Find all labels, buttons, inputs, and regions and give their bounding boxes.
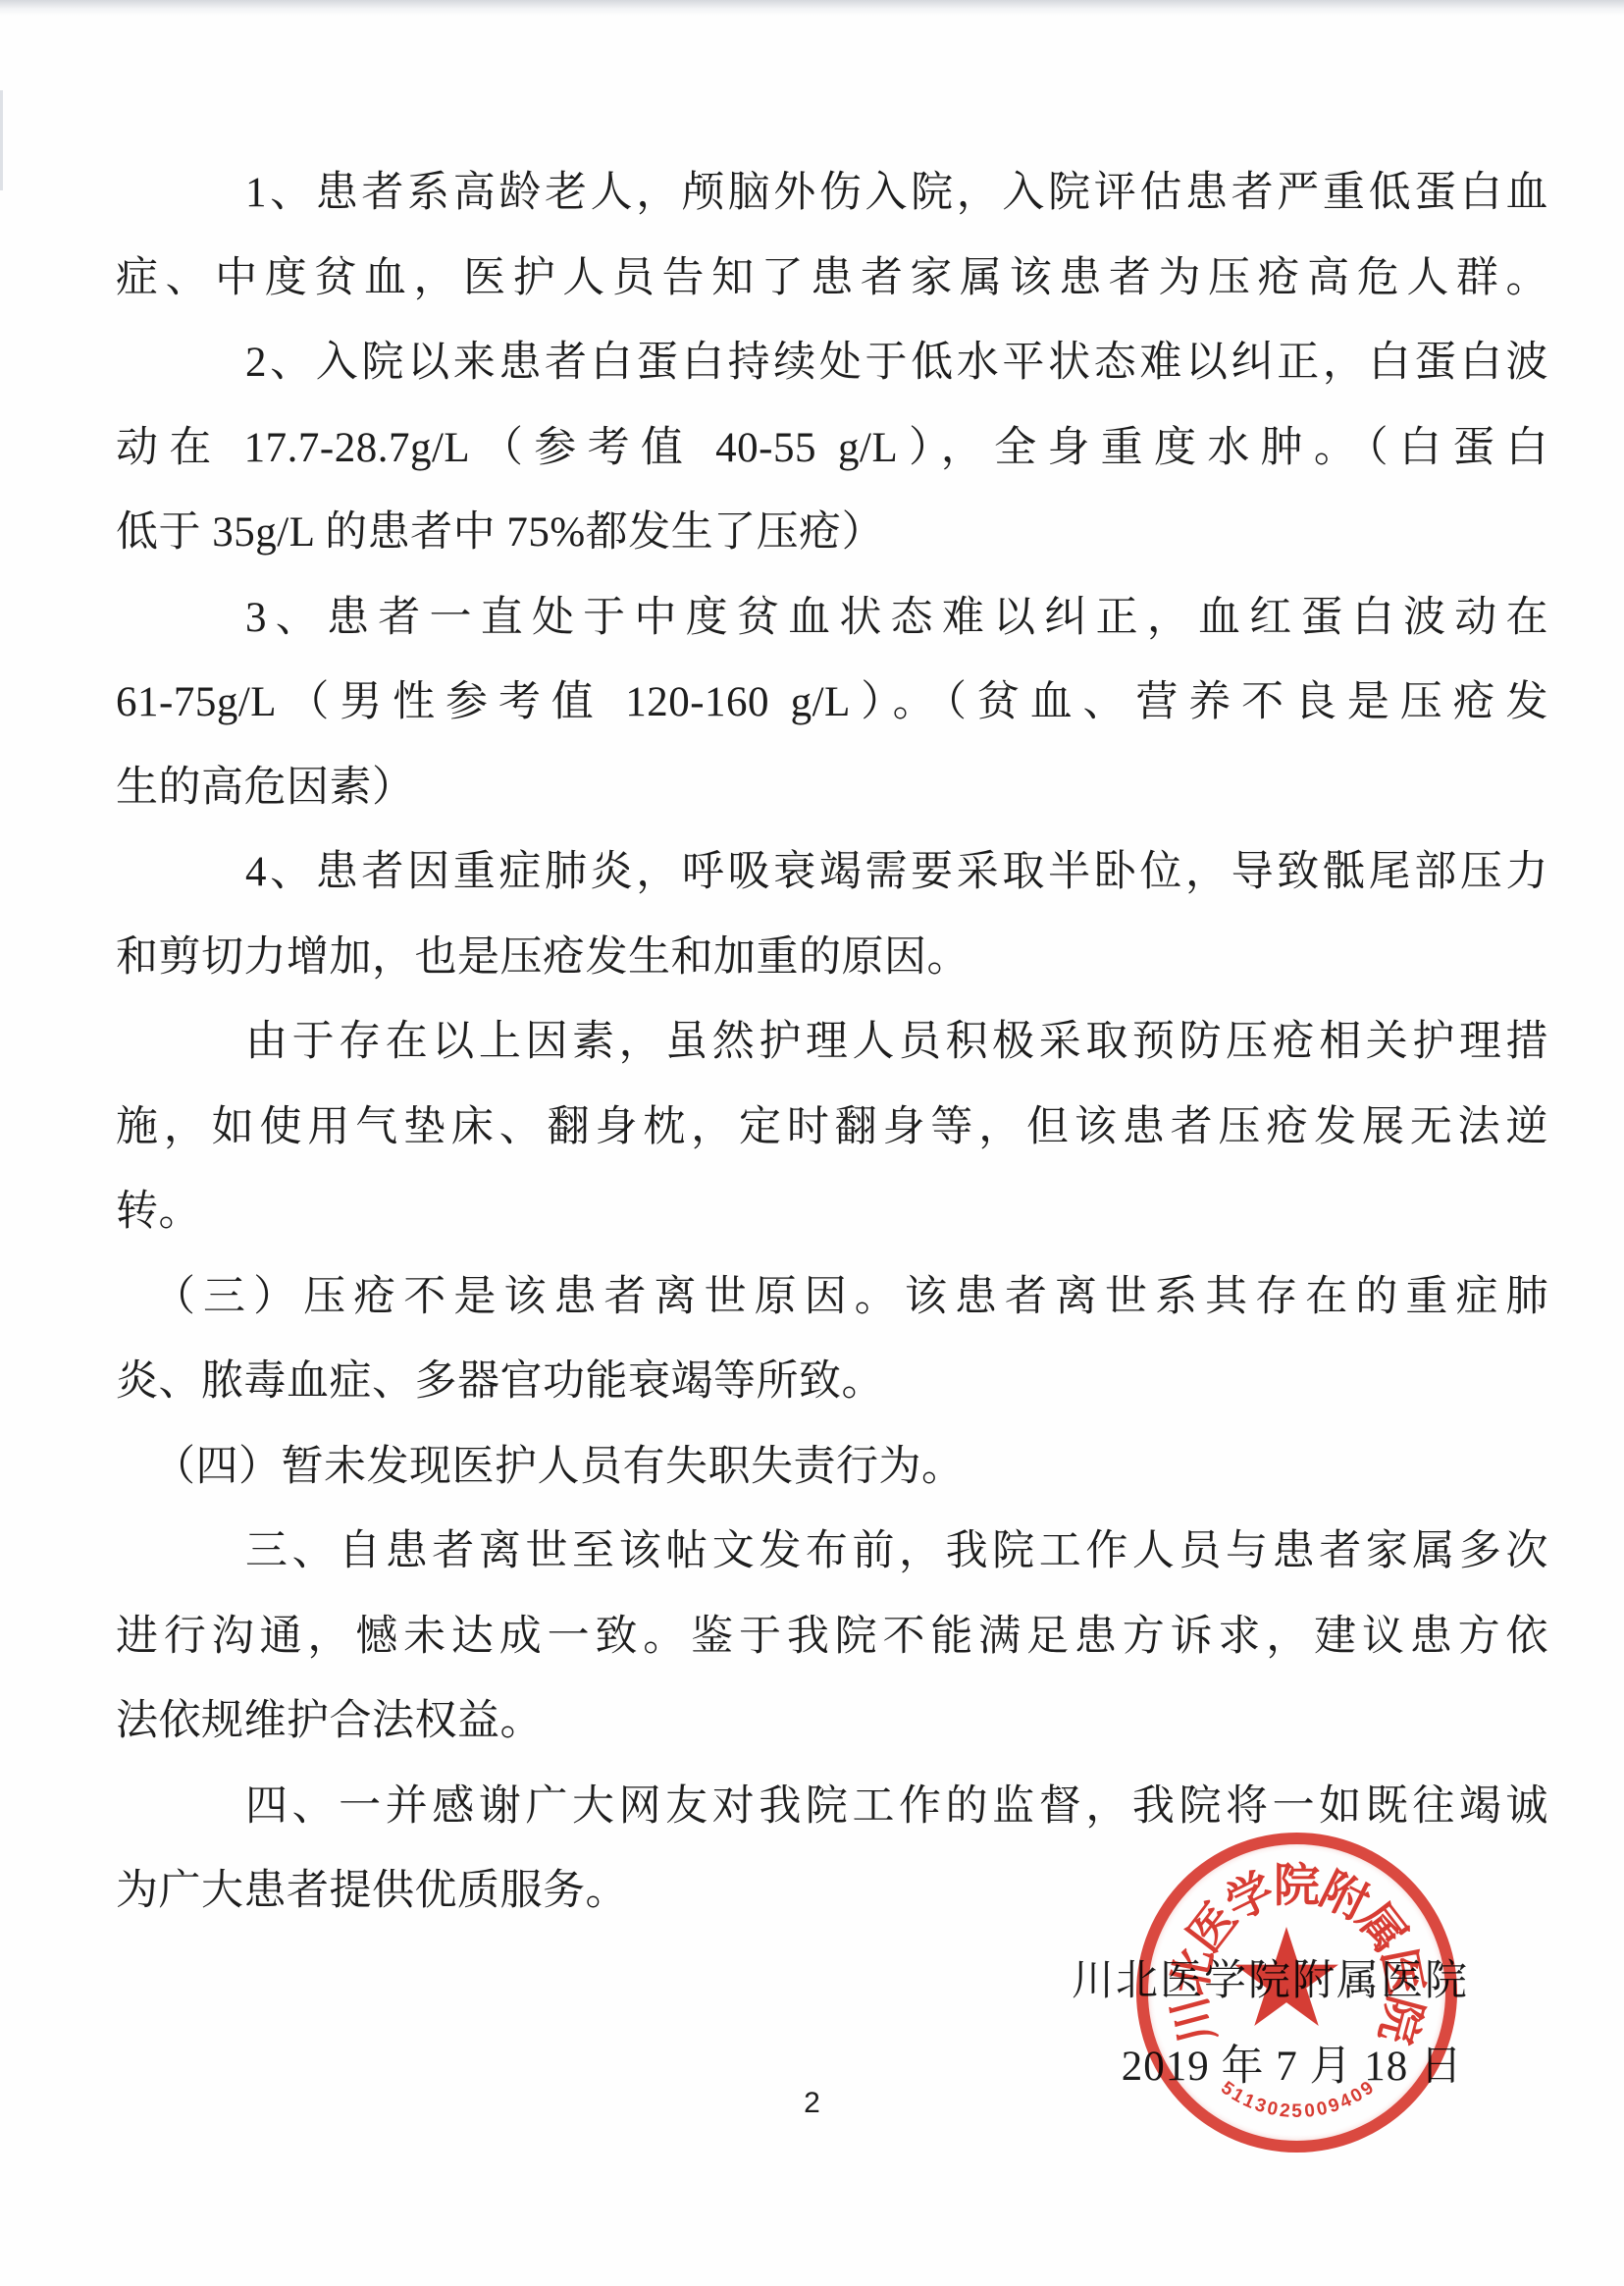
scan-top-edge	[0, 0, 1624, 16]
signature-date: 2019 年 7 月 18 日	[1122, 2033, 1463, 2093]
body-line: 法依规维护合法权益。	[116, 1679, 1548, 1765]
body-line: 低于 35g/L 的患者中 75%都发生了压疮）	[116, 491, 1548, 576]
body-line: 动在 17.7-28.7g/L（参考值 40-55 g/L），全身重度水肿。（白…	[116, 406, 1548, 492]
body-line: 61-75g/L（男性参考值 120-160 g/L）。（贫血、营养不良是压疮发	[116, 661, 1548, 746]
body-line: （四）暂未发现医护人员有失职失责行为。	[116, 1425, 1548, 1511]
body-line: 3、患者一直处于中度贫血状态难以纠正，血红蛋白波动在	[116, 576, 1548, 662]
body-line: 为广大患者提供优质服务。	[116, 1849, 1548, 1935]
body-line: 四、一并感谢广大网友对我院工作的监督，我院将一如既往竭诚	[116, 1765, 1548, 1850]
body-text: 1、患者系高龄老人，颅脑外伤入院，入院评估患者严重低蛋白血 症、中度贫血，医护人…	[116, 151, 1548, 1935]
signature-organization: 川北医学院附属医院	[1072, 1947, 1469, 2007]
body-line: 三、自患者离世至该帖文发布前，我院工作人员与患者家属多次	[116, 1510, 1548, 1595]
body-line: 1、患者系高龄老人，颅脑外伤入院，入院评估患者严重低蛋白血	[116, 151, 1548, 237]
body-line: 施，如使用气垫床、翻身枕，定时翻身等，但该患者压疮发展无法逆	[116, 1086, 1548, 1171]
body-line: 症、中度贫血，医护人员告知了患者家属该患者为压疮高危人群。	[116, 237, 1548, 322]
body-line: 进行沟通，憾未达成一致。鉴于我院不能满足患方诉求，建议患方依	[116, 1595, 1548, 1680]
body-line: 由于存在以上因素，虽然护理人员积极采取预防压疮相关护理措	[116, 1000, 1548, 1086]
body-line: 炎、脓毒血症、多器官功能衰竭等所致。	[116, 1340, 1548, 1425]
page-number: 2	[0, 2087, 1624, 2120]
document-page: 1、患者系高龄老人，颅脑外伤入院，入院评估患者严重低蛋白血 症、中度贫血，医护人…	[0, 0, 1624, 2286]
body-line: 2、入院以来患者白蛋白持续处于低水平状态难以纠正，白蛋白波	[116, 321, 1548, 406]
body-line: （三）压疮不是该患者离世原因。该患者离世系其存在的重症肺	[116, 1255, 1548, 1341]
body-line: 生的高危因素）	[116, 746, 1548, 831]
body-line: 和剪切力增加，也是压疮发生和加重的原因。	[116, 916, 1548, 1001]
scan-left-artifact	[0, 90, 3, 190]
body-line: 4、患者因重症肺炎，呼吸衰竭需要采取半卧位，导致骶尾部压力	[116, 830, 1548, 916]
body-line: 转。	[116, 1170, 1548, 1255]
